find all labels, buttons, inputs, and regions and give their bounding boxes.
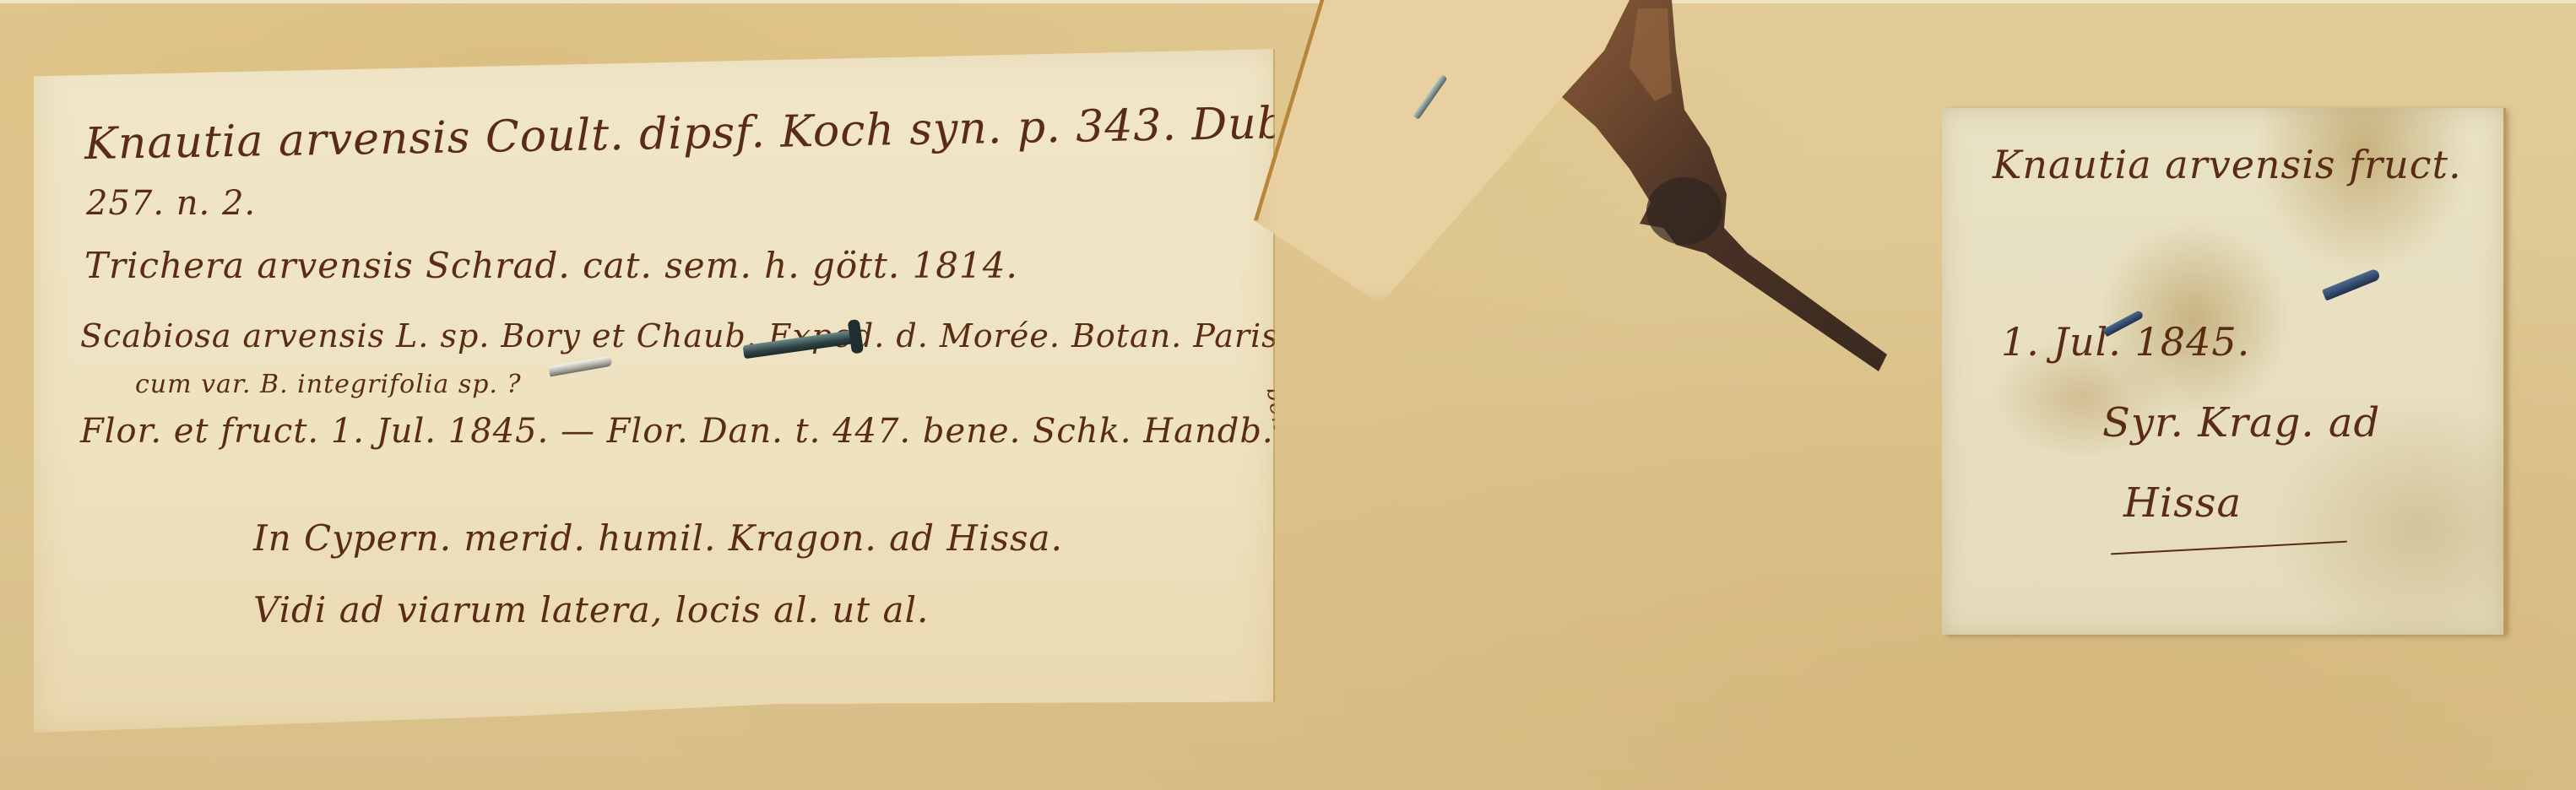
label-line-reference: 257. n. 2.: [86, 184, 256, 223]
small-specimen-label: Knautia arvensis fruct. 1. Jul. 1845. Sy…: [1942, 108, 2503, 635]
small-label-locality-2: Hissa: [2123, 479, 2242, 527]
label-line-variety: cum var. B. integrifolia sp. ?: [135, 370, 522, 399]
dried-plant-specimen: [1503, 0, 1900, 380]
specimen-stem: [1562, 0, 1887, 371]
sheet-top-edge: [0, 0, 2576, 3]
label-line-synonym-trichera: Trichera arvensis Schrad. cat. sem. h. g…: [84, 245, 1018, 286]
label-line-locality: In Cypern. merid. humil. Kragon. ad Hiss…: [253, 517, 1063, 559]
label-line-taxon: Knautia arvensis Coult. dipsf. Koch syn.…: [84, 97, 1351, 170]
small-label-title: Knautia arvensis fruct.: [1993, 142, 2462, 187]
label-line-habitat: Vidi ad viarum latera, locis al. ut al.: [253, 589, 929, 630]
small-label-locality-1: Syr. Krag. ad: [2102, 399, 2380, 446]
large-specimen-label: Knautia arvensis Coult. dipsf. Koch syn.…: [34, 49, 1275, 733]
small-label-underline: [2111, 541, 2347, 555]
